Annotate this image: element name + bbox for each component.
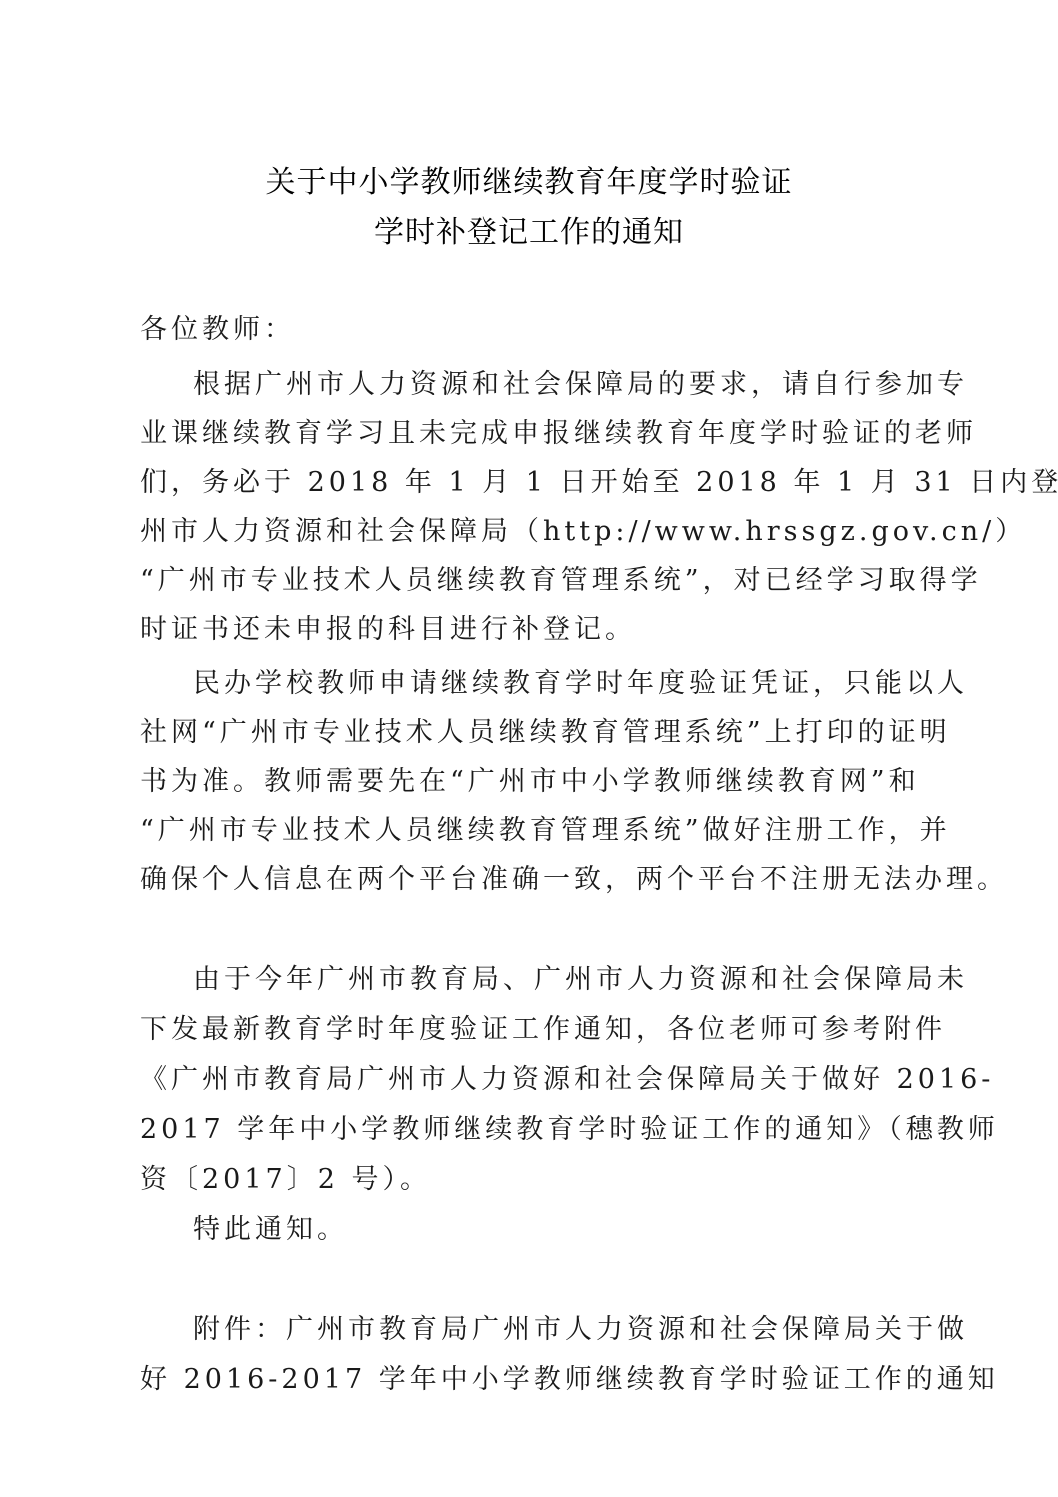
paragraph-2-line: 社网“广州市专业技术人员继续教育管理系统”上打印的证明	[140, 713, 930, 753]
paragraph-2-line: 书为准。教师需要先在“广州市中小学教师继续教育网”和	[140, 762, 930, 802]
document-title-line-1: 关于中小学教师继续教育年度学时验证	[0, 163, 1058, 203]
paragraph-1-line: “广州市专业技术人员继续教育管理系统”，对已经学习取得学	[140, 561, 930, 601]
paragraph-2-line: 确保个人信息在两个平台准确一致，两个平台不注册无法办理。	[140, 860, 930, 900]
paragraph-2-line: “广州市专业技术人员继续教育管理系统”做好注册工作，并	[140, 811, 930, 851]
paragraph-1-line: 业课继续教育学习且未完成申报继续教育年度学时验证的老师	[140, 414, 930, 454]
paragraph-1-line-url: 州市人力资源和社会保障局（http://www.hrssgz.gov.cn/）	[140, 512, 930, 552]
closing-remark: 特此通知。	[193, 1210, 983, 1250]
paragraph-3-line: 《广州市教育局广州市人力资源和社会保障局关于做好 2016-	[140, 1060, 930, 1100]
attachment-line: 附件：广州市教育局广州市人力资源和社会保障局关于做	[193, 1310, 983, 1350]
document-title-line-2: 学时补登记工作的通知	[0, 213, 1058, 253]
attachment-line: 好 2016-2017 学年中小学教师继续教育学时验证工作的通知	[140, 1360, 930, 1400]
salutation: 各位教师：	[140, 310, 930, 350]
paragraph-3-line: 下发最新教育学时年度验证工作通知，各位老师可参考附件	[140, 1010, 930, 1050]
paragraph-3-line: 由于今年广州市教育局、广州市人力资源和社会保障局未	[193, 960, 983, 1000]
paragraph-1-line: 时证书还未申报的科目进行补登记。	[140, 610, 930, 650]
paragraph-1-line: 们，务必于 2018 年 1 月 1 日开始至 2018 年 1 月 31 日内…	[140, 463, 930, 503]
paragraph-2-line: 民办学校教师申请继续教育学时年度验证凭证，只能以人	[193, 664, 983, 704]
paragraph-1-line: 根据广州市人力资源和社会保障局的要求，请自行参加专	[193, 365, 983, 405]
document-page: 关于中小学教师继续教育年度学时验证 学时补登记工作的通知 各位教师： 根据广州市…	[0, 0, 1058, 1497]
paragraph-3-line: 资〔2017〕2 号）。	[140, 1160, 930, 1200]
paragraph-3-line: 2017 学年中小学教师继续教育学时验证工作的通知》（穗教师	[140, 1110, 930, 1150]
